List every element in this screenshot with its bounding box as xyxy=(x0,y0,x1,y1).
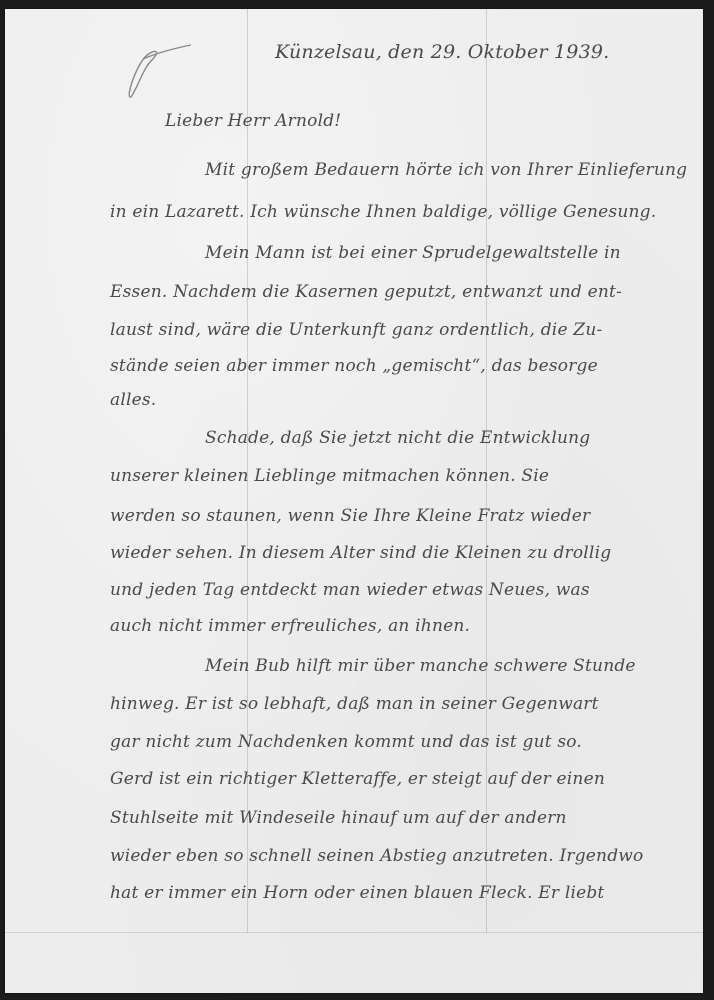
letter-line: auch nicht immer erfreuliches, an ihnen. xyxy=(110,616,470,636)
letter-line: wieder sehen. In diesem Alter sind die K… xyxy=(110,543,611,563)
letter-line: laust sind, wäre die Unterkunft ganz ord… xyxy=(110,320,602,340)
letter-line: Mit großem Bedauern hörte ich von Ihrer … xyxy=(205,160,687,180)
scan-frame: Künzelsau, den 29. Oktober 1939. Lieber … xyxy=(0,0,714,1000)
letter-line: Mein Bub hilft mir über manche schwere S… xyxy=(205,656,636,676)
letter-line: hat er immer ein Horn oder einen blauen … xyxy=(110,883,604,903)
letter-line: gar nicht zum Nachdenken kommt und das i… xyxy=(110,732,582,752)
letter-line: stände seien aber immer noch „gemischt“,… xyxy=(110,356,598,376)
dateline: Künzelsau, den 29. Oktober 1939. xyxy=(275,41,609,63)
letter-line: Essen. Nachdem die Kasernen geputzt, ent… xyxy=(110,282,622,302)
letter-page: Künzelsau, den 29. Oktober 1939. Lieber … xyxy=(5,9,703,993)
page-number-mark-icon xyxy=(123,39,193,109)
letter-line: unserer kleinen Lieblinge mitmachen könn… xyxy=(110,466,549,486)
letter-line: Mein Mann ist bei einer Sprudelgewaltste… xyxy=(205,243,621,263)
salutation: Lieber Herr Arnold! xyxy=(165,111,341,131)
letter-line: wieder eben so schnell seinen Abstieg an… xyxy=(110,846,643,866)
letter-line: hinweg. Er ist so lebhaft, daß man in se… xyxy=(110,694,599,714)
letter-line: Stuhlseite mit Windeseile hinauf um auf … xyxy=(110,808,567,828)
letter-line: Schade, daß Sie jetzt nicht die Entwickl… xyxy=(205,428,590,448)
letter-line: und jeden Tag entdeckt man wieder etwas … xyxy=(110,580,590,600)
fold-line-horizontal xyxy=(5,932,703,933)
letter-line: werden so staunen, wenn Sie Ihre Kleine … xyxy=(110,506,590,526)
letter-line: Gerd ist ein richtiger Kletteraffe, er s… xyxy=(110,769,605,789)
letter-line: alles. xyxy=(110,390,156,410)
letter-line: in ein Lazarett. Ich wünsche Ihnen baldi… xyxy=(110,202,656,222)
